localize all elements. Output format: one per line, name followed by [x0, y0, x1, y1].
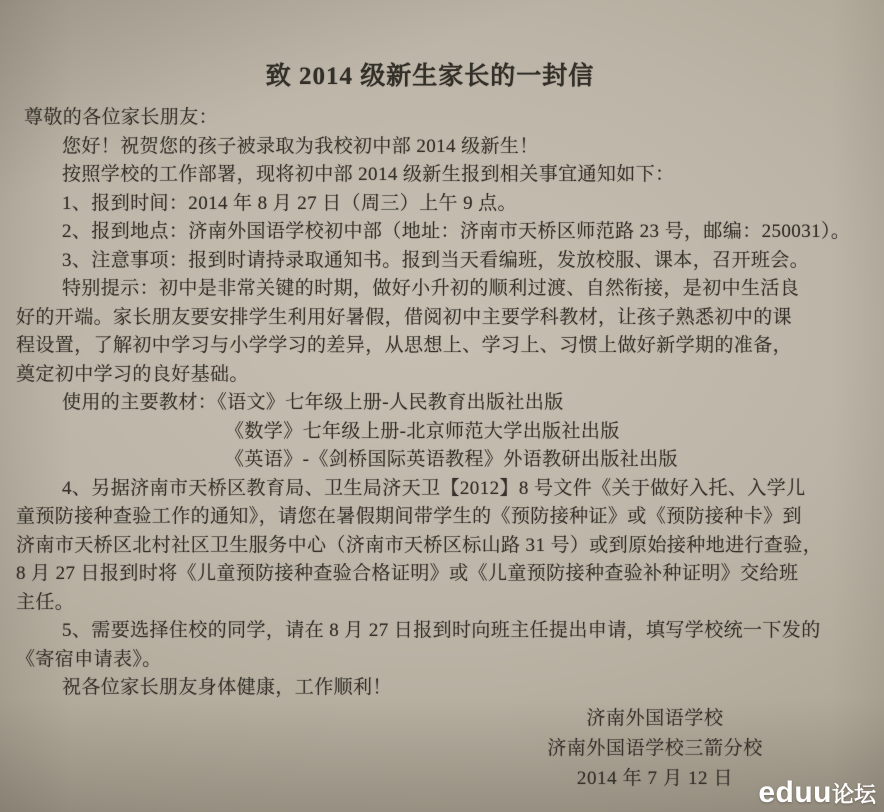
letter-line: 童预防接种查验工作的通知》，请您在暑假期间带学生的《预防接种证》或《预防接种卡》… [16, 503, 874, 532]
letter-document: 致 2014 级新生家长的一封信 尊敬的各位家长朋友： 您好！祝贺您的孩子被录取… [0, 0, 884, 812]
letter-line: 主任。 [16, 589, 874, 618]
letter-line-vaccination: 4、另据济南市天桥区教育局、卫生局济天卫【2012】8 号文件《关于做好入托、入… [16, 475, 874, 504]
letter-line: 奠定初中学习的良好基础。 [16, 361, 874, 390]
letter-line: 《寄宿申请表》。 [16, 646, 874, 675]
letter-line: 济南市天桥区北村社区卫生服务中心（济南市天桥区标山路 31 号）或到原始接种地进… [16, 532, 874, 561]
signature-school: 济南外国语学校 [490, 704, 820, 734]
letter-line-textbooks: 使用的主要教材：《语文》七年级上册-人民教育出版社出版 [16, 389, 874, 418]
letter-title: 致 2014 级新生家长的一封信 [0, 56, 860, 92]
letter-line: 按照学校的工作部署，现将初中部 2014 级新生报到相关事宜通知如下： [16, 161, 874, 190]
signature-branch: 济南外国语学校三箭分校 [490, 734, 820, 764]
letter-line: 好的开端。家长朋友要安排学生利用好暑假，借阅初中主要学科教材，让孩子熟悉初中的课 [16, 304, 874, 333]
letter-line-wishes: 祝各位家长朋友身体健康，工作顺利！ [16, 674, 874, 703]
eduu-logo: eduu [758, 776, 832, 809]
letter-salutation: 尊敬的各位家长朋友： [16, 104, 874, 133]
letter-line-notes: 3、注意事项：报到时请持录取通知书。报到当天看编班，发放校服、课本，召开班会。 [16, 247, 874, 276]
letter-line: 程设置，了解初中学习与小学学习的差异，从思想上、学习上、习惯上做好新学期的准备， [16, 332, 874, 361]
eduu-logo-suffix: 论坛 [832, 782, 876, 807]
letter-line-report-place: 2、报到地点：济南外国语学校初中部（地址：济南市天桥区师范路 23 号，邮编：2… [16, 218, 874, 247]
letter-line-textbook-english: 《英语》-《剑桥国际英语教程》外语教研出版社出版 [16, 446, 874, 475]
eduu-forum-watermark: eduu论坛 [758, 776, 876, 810]
letter-line-textbook-math: 《数学》七年级上册-北京师范大学出版社出版 [16, 418, 874, 447]
letter-line-report-time: 1、报到时间：2014 年 8 月 27 日（周三）上午 9 点。 [16, 190, 874, 219]
letter-line: 您好！祝贺您的孩子被录取为我校初中部 2014 级新生！ [16, 133, 874, 162]
letter-line: 8 月 27 日报到时将《儿童预防接种查验合格证明》或《儿童预防接种查验补种证明… [16, 560, 874, 589]
letter-body: 尊敬的各位家长朋友： 您好！祝贺您的孩子被录取为我校初中部 2014 级新生！ … [16, 104, 874, 703]
letter-line: 特别提示：初中是非常关键的时期，做好小升初的顺利过渡、自然衔接，是初中生活良 [16, 275, 874, 304]
letter-line-boarding: 5、需要选择住校的同学，请在 8 月 27 日报到时向班主任提出申请，填写学校统… [16, 617, 874, 646]
